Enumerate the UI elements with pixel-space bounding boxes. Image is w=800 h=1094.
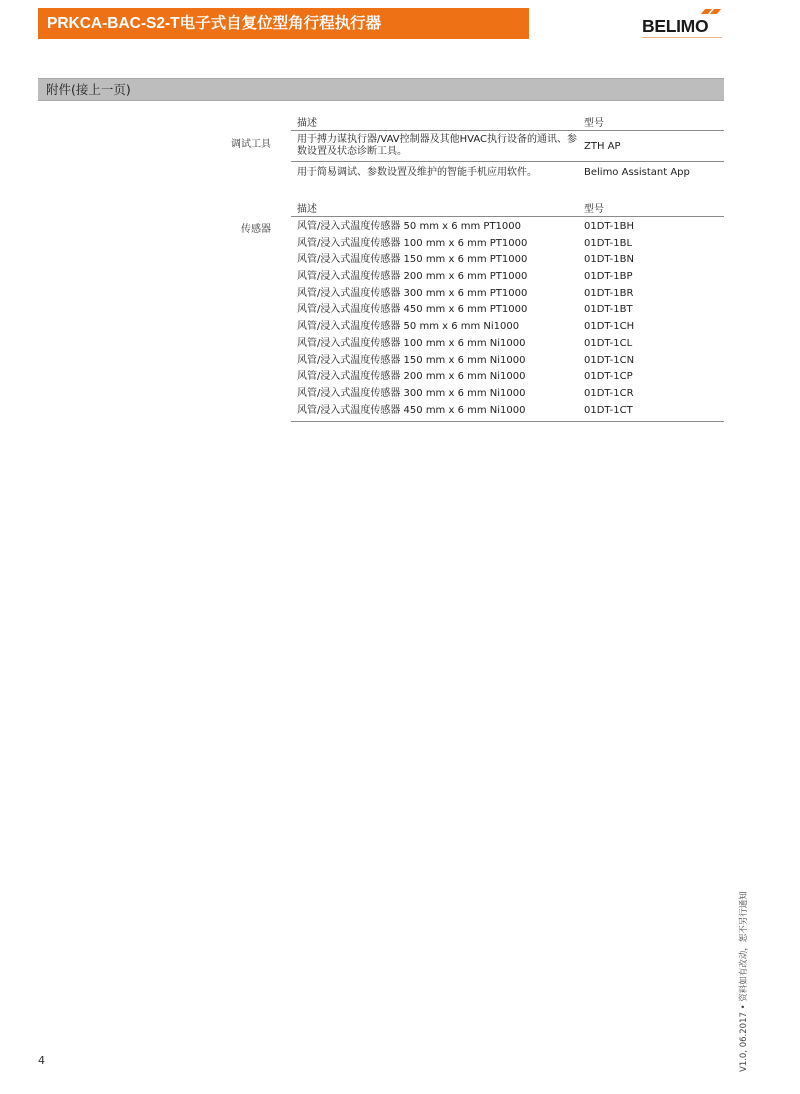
row-model: 01DT-1CP — [584, 371, 633, 382]
row-model: 01DT-1BN — [584, 254, 634, 265]
row-description: 风管/浸入式温度传感器 100 mm x 6 mm Ni1000 — [297, 338, 582, 350]
document-title: PRKCA-BAC-S2-T电子式自复位型角行程执行器 — [38, 8, 529, 39]
column-header-model: 型号 — [584, 114, 604, 129]
row-model: 01DT-1CT — [584, 405, 633, 416]
table-row: 风管/浸入式温度传感器 450 mm x 6 mm PT100001DT-1BT — [291, 302, 724, 319]
row-model: 01DT-1CN — [584, 355, 634, 366]
row-description: 风管/浸入式温度传感器 300 mm x 6 mm Ni1000 — [297, 388, 582, 400]
table-row: 风管/浸入式温度传感器 150 mm x 6 mm PT100001DT-1BN — [291, 252, 724, 269]
row-model: 01DT-1BL — [584, 238, 632, 249]
row-model: 01DT-1CL — [584, 338, 632, 349]
row-description: 风管/浸入式温度传感器 150 mm x 6 mm PT1000 — [297, 254, 582, 266]
table-header: 描述 型号 — [291, 196, 724, 217]
page-number: 4 — [38, 1054, 45, 1067]
table-row: 风管/浸入式温度传感器 100 mm x 6 mm PT100001DT-1BL — [291, 236, 724, 253]
row-model: 01DT-1CR — [584, 388, 634, 399]
row-description: 风管/浸入式温度传感器 450 mm x 6 mm PT1000 — [297, 304, 582, 316]
logo-slash-icon — [710, 9, 721, 14]
logo-underline — [642, 37, 722, 38]
table-row: 风管/浸入式温度传感器 200 mm x 6 mm Ni100001DT-1CP — [291, 369, 724, 386]
row-description: 风管/浸入式温度传感器 200 mm x 6 mm Ni1000 — [297, 371, 582, 383]
table-row: 用于简易调试、参数设置及维护的智能手机应用软件。 Belimo Assistan… — [291, 162, 724, 181]
row-description: 风管/浸入式温度传感器 50 mm x 6 mm Ni1000 — [297, 321, 582, 333]
row-description: 风管/浸入式温度传感器 300 mm x 6 mm PT1000 — [297, 288, 582, 300]
row-description: 风管/浸入式温度传感器 450 mm x 6 mm Ni1000 — [297, 405, 582, 417]
tools-table: 描述 型号 用于搏力谋执行器/VAV控制器及其他HVAC执行设备的通讯、参数设置… — [291, 110, 724, 181]
section-heading: 附件(接上一页) — [38, 78, 724, 101]
row-model: 01DT-1BR — [584, 288, 633, 299]
table-row: 风管/浸入式温度传感器 300 mm x 6 mm Ni100001DT-1CR — [291, 386, 724, 403]
row-description: 风管/浸入式温度传感器 50 mm x 6 mm PT1000 — [297, 221, 582, 233]
column-header-description: 描述 — [297, 200, 317, 215]
table-row: 用于搏力谋执行器/VAV控制器及其他HVAC执行设备的通讯、参数设置及状态诊断工… — [291, 131, 724, 162]
table-row: 风管/浸入式温度传感器 300 mm x 6 mm PT100001DT-1BR — [291, 286, 724, 303]
row-description: 风管/浸入式温度传感器 150 mm x 6 mm Ni1000 — [297, 355, 582, 367]
sensor-rows: 风管/浸入式温度传感器 50 mm x 6 mm PT100001DT-1BH风… — [291, 217, 724, 422]
table-row: 风管/浸入式温度传感器 150 mm x 6 mm Ni100001DT-1CN — [291, 353, 724, 370]
column-header-description: 描述 — [297, 114, 317, 129]
row-model: 01DT-1CH — [584, 321, 634, 332]
belimo-logo: BELIMO — [640, 6, 726, 40]
table-header: 描述 型号 — [291, 110, 724, 131]
row-description: 用于搏力谋执行器/VAV控制器及其他HVAC执行设备的通讯、参数设置及状态诊断工… — [297, 134, 577, 158]
version-note: V1.0, 06.2017 • 资料如有改动，恕不另行通知 — [737, 891, 749, 1072]
table-row: 风管/浸入式温度传感器 50 mm x 6 mm PT100001DT-1BH — [291, 219, 724, 236]
column-header-model: 型号 — [584, 200, 604, 215]
table-row: 风管/浸入式温度传感器 100 mm x 6 mm Ni100001DT-1CL — [291, 336, 724, 353]
row-model: 01DT-1BP — [584, 271, 632, 282]
table-row: 风管/浸入式温度传感器 50 mm x 6 mm Ni100001DT-1CH — [291, 319, 724, 336]
row-model: 01DT-1BT — [584, 304, 633, 315]
row-description: 风管/浸入式温度传感器 100 mm x 6 mm PT1000 — [297, 238, 582, 250]
table-row: 风管/浸入式温度传感器 200 mm x 6 mm PT100001DT-1BP — [291, 269, 724, 286]
row-model: ZTH AP — [584, 141, 621, 152]
row-description: 风管/浸入式温度传感器 200 mm x 6 mm PT1000 — [297, 271, 582, 283]
group-label-sensors: 传感器 — [205, 220, 271, 235]
row-model: 01DT-1BH — [584, 221, 634, 232]
sensors-table: 描述 型号 风管/浸入式温度传感器 50 mm x 6 mm PT100001D… — [291, 196, 724, 422]
row-description: 用于简易调试、参数设置及维护的智能手机应用软件。 — [297, 167, 577, 179]
table-row: 风管/浸入式温度传感器 450 mm x 6 mm Ni100001DT-1CT — [291, 403, 724, 420]
logo-text: BELIMO — [642, 17, 708, 35]
row-model: Belimo Assistant App — [584, 167, 690, 178]
group-label-tools: 调试工具 — [205, 135, 271, 150]
